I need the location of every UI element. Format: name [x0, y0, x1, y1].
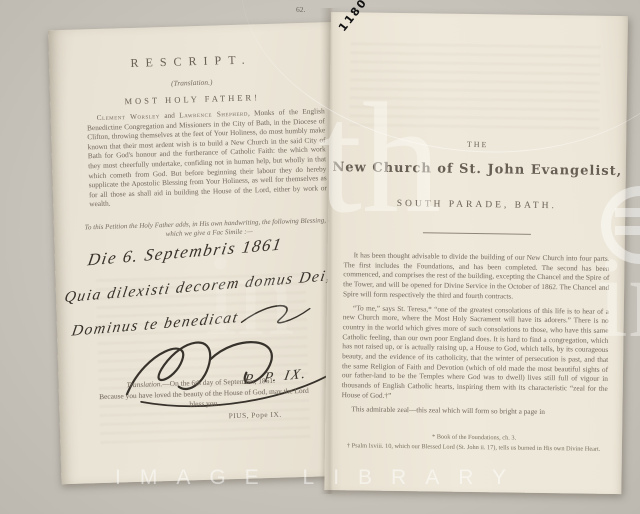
conjunction: and	[164, 111, 175, 120]
paragraph: This admirable zeal—this zeal which will…	[341, 404, 607, 417]
page-show-through	[349, 42, 600, 135]
footnote: * Book of the Foundations, ch. 3.	[347, 432, 601, 443]
church-title: New Church of St. John Evangelist,	[329, 160, 626, 179]
footnotes: * Book of the Foundations, ch. 3. † Psal…	[347, 432, 601, 454]
petition-body: Clement Worsley and Lawrence Shepherd, M…	[87, 106, 328, 209]
rescript-title: RESCRIPT.	[49, 50, 333, 73]
right-page: THE New Church of St. John Evangelist, S…	[324, 12, 628, 494]
left-page: RESCRIPT. (Translation.) MOST HOLY FATHE…	[48, 22, 345, 484]
translation-subtitle: (Translation.)	[50, 74, 334, 91]
pen-flourish	[238, 300, 313, 330]
footnote: † Psalm lxviii. 10, which our Blessed Lo…	[347, 442, 601, 454]
translation-label: Translation.	[126, 379, 162, 389]
scanned-document-photo: RESCRIPT. (Translation.) MOST HOLY FATHE…	[0, 0, 640, 514]
petition-text: , Monks of the English Benedictine Congr…	[87, 106, 327, 208]
paragraph: It has been thought advisable to divide …	[343, 250, 610, 302]
article-text: It has been thought advisable to divide …	[341, 250, 609, 421]
page-number: 62.	[296, 5, 305, 14]
petition-note: To this Petition the Holy Father adds, i…	[84, 216, 334, 241]
handwritten-blessing-line1: Quia dilexisti decorem domus Dei,	[63, 267, 333, 307]
paragraph: “To me,” says St. Teresa,* “one of the g…	[342, 303, 609, 404]
article-pretitle: THE	[329, 138, 626, 151]
salutation: MOST HOLY FATHER!	[50, 90, 334, 108]
heading-divider	[423, 232, 531, 235]
pope-attribution: PIUS, Pope IX.	[60, 410, 282, 426]
church-subtitle: SOUTH PARADE, BATH.	[328, 198, 625, 212]
